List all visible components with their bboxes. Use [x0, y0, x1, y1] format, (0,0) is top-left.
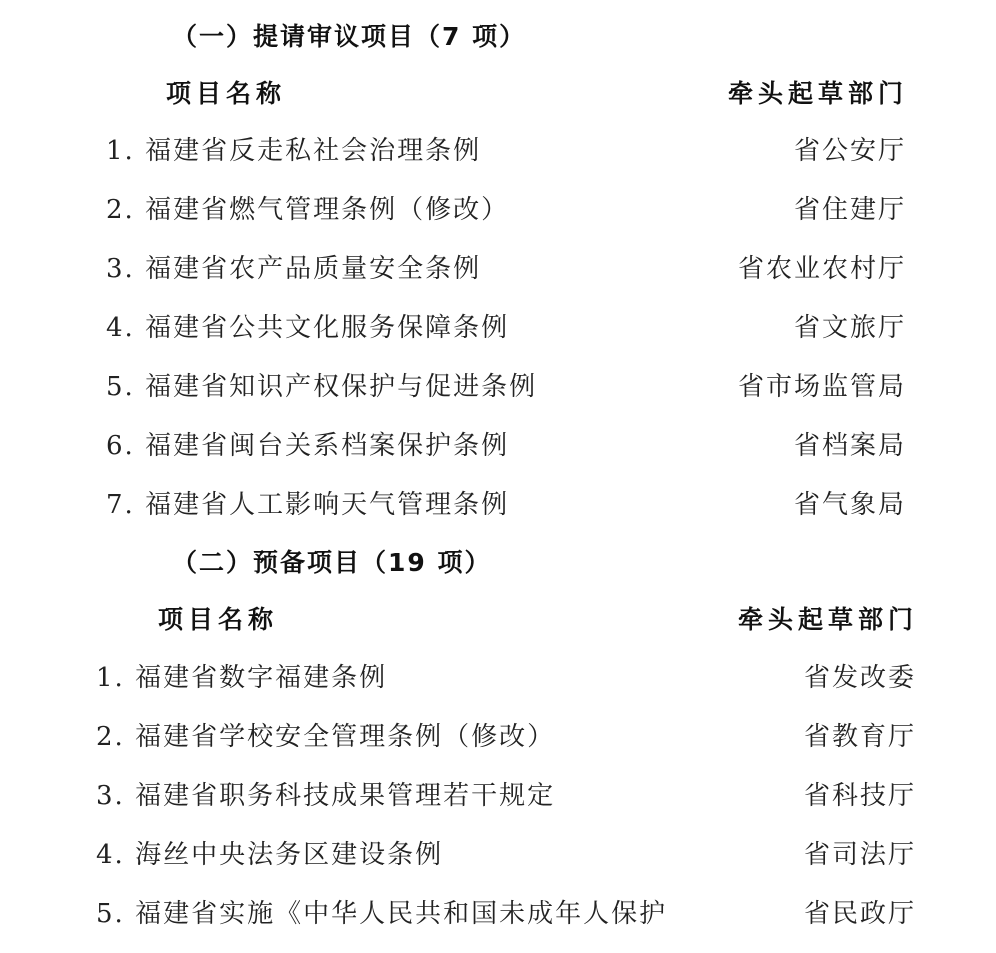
project-name: 4. 福建省公共文化服务保障条例 — [106, 307, 509, 344]
table-row: 2. 福建省学校安全管理条例（修改） 省教育厅 — [96, 716, 916, 756]
table-row: 3. 福建省农产品质量安全条例 省农业农村厅 — [106, 248, 906, 288]
project-name: 2. 福建省燃气管理条例（修改） — [106, 189, 509, 226]
lead-department: 省档案局 — [794, 425, 906, 462]
document-page: （一）提请审议项目（7 项） 项目名称 牵头起草部门 1. 福建省反走私社会治理… — [0, 0, 996, 953]
project-name: 4. 海丝中央法务区建设条例 — [96, 834, 443, 871]
column-header-lead-department: 牵头起草部门 — [738, 600, 918, 636]
lead-department: 省文旅厅 — [794, 307, 906, 344]
table-row: 3. 福建省职务科技成果管理若干规定 省科技厅 — [96, 775, 916, 815]
project-name: 5. 福建省实施《中华人民共和国未成年人保护 — [96, 893, 667, 930]
lead-department: 省气象局 — [794, 484, 906, 521]
table-row: 5. 福建省实施《中华人民共和国未成年人保护 省民政厅 — [96, 893, 916, 933]
project-name: 5. 福建省知识产权保护与促进条例 — [106, 366, 537, 403]
lead-department: 省公安厅 — [794, 130, 906, 167]
project-name: 1. 福建省数字福建条例 — [96, 657, 387, 694]
table-row: 1. 福建省数字福建条例 省发改委 — [96, 657, 916, 697]
section-title: （一）提请审议项目（7 项） — [172, 17, 526, 53]
lead-department: 省住建厅 — [794, 189, 906, 226]
table-row: 4. 海丝中央法务区建设条例 省司法厅 — [96, 834, 916, 874]
lead-department: 省司法厅 — [804, 834, 916, 871]
project-name: 1. 福建省反走私社会治理条例 — [106, 130, 481, 167]
project-name: 3. 福建省农产品质量安全条例 — [106, 248, 481, 285]
project-name: 7. 福建省人工影响天气管理条例 — [106, 484, 509, 521]
project-name: 2. 福建省学校安全管理条例（修改） — [96, 716, 555, 753]
table-row: 7. 福建省人工影响天气管理条例 省气象局 — [106, 484, 906, 524]
column-header-lead-department: 牵头起草部门 — [728, 74, 908, 110]
column-header-project-name: 项目名称 — [166, 74, 286, 110]
table-row: 6. 福建省闽台关系档案保护条例 省档案局 — [106, 425, 906, 465]
table-row: 4. 福建省公共文化服务保障条例 省文旅厅 — [106, 307, 906, 347]
table-row: 1. 福建省反走私社会治理条例 省公安厅 — [106, 130, 906, 170]
section-title: （二）预备项目（19 项） — [172, 543, 492, 579]
lead-department: 省民政厅 — [804, 893, 916, 930]
table-row: 5. 福建省知识产权保护与促进条例 省市场监管局 — [106, 366, 906, 406]
table-row: 2. 福建省燃气管理条例（修改） 省住建厅 — [106, 189, 906, 229]
lead-department: 省发改委 — [804, 657, 916, 694]
lead-department: 省教育厅 — [804, 716, 916, 753]
lead-department: 省科技厅 — [804, 775, 916, 812]
lead-department: 省市场监管局 — [738, 366, 906, 403]
project-name: 3. 福建省职务科技成果管理若干规定 — [96, 775, 555, 812]
column-header-project-name: 项目名称 — [158, 600, 278, 636]
project-name: 6. 福建省闽台关系档案保护条例 — [106, 425, 509, 462]
lead-department: 省农业农村厅 — [738, 248, 906, 285]
